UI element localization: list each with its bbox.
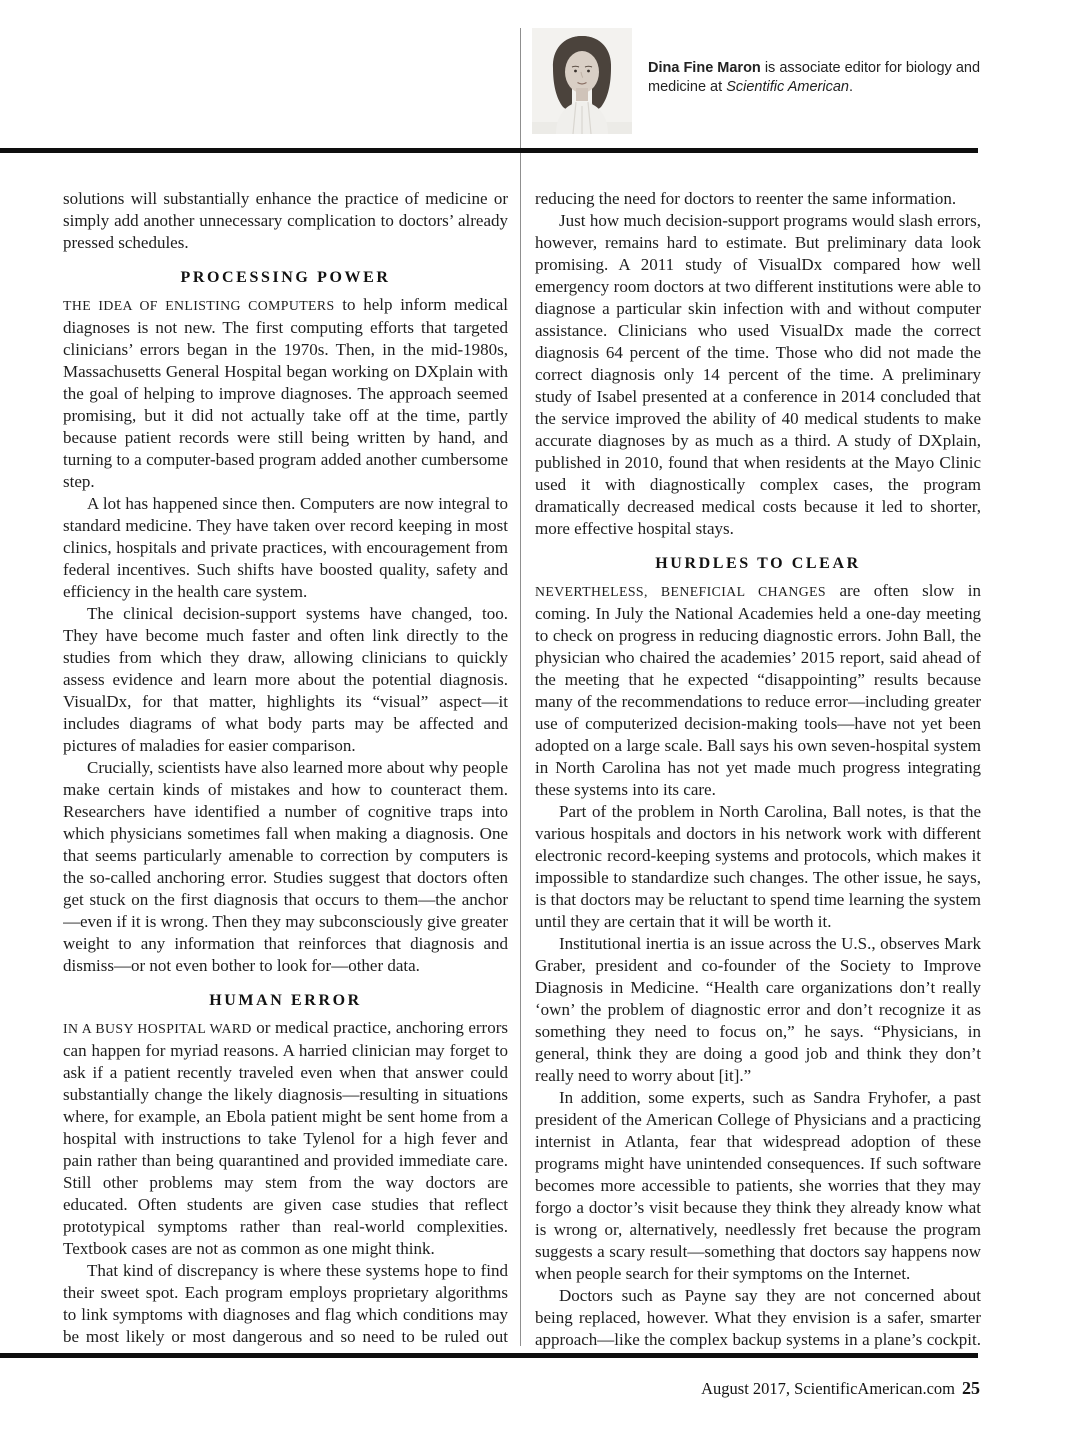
- paragraph: A lot has happened since then. Computers…: [63, 493, 508, 603]
- paragraph: Just how much decision-support programs …: [535, 210, 981, 540]
- paragraph: The clinical decision-support systems ha…: [63, 603, 508, 757]
- paragraph: solutions will substantially enhance the…: [63, 188, 508, 254]
- small-caps-lead: THE IDEA OF ENLISTING COMPUTERS: [63, 298, 335, 313]
- author-name: Dina Fine Maron: [648, 60, 761, 76]
- author-photo: [532, 28, 632, 134]
- paragraph: THE IDEA OF ENLISTING COMPUTERS to help …: [63, 294, 508, 493]
- section-heading-processing-power: PROCESSING POWER: [63, 267, 508, 289]
- magazine-page: Dina Fine Maron is associate editor for …: [0, 0, 1080, 1437]
- paragraph: Part of the problem in North Carolina, B…: [535, 801, 981, 933]
- paragraph-text: or medical practice, anchoring errors ca…: [63, 1018, 508, 1258]
- page-footer: August 2017, ScientificAmerican.com25: [701, 1378, 980, 1399]
- paragraph: Crucially, scientists have also learned …: [63, 757, 508, 977]
- left-column: solutions will substantially enhance the…: [63, 188, 508, 1350]
- paragraph-text: Doctors such as Payne say they are not c…: [535, 1286, 981, 1354]
- author-bio: Dina Fine Maron is associate editor for …: [648, 59, 988, 98]
- paragraph: In addition, some experts, such as Sandr…: [535, 1087, 981, 1285]
- top-rule: [0, 148, 978, 153]
- paragraph: NEVERTHELESS, BENEFICIAL CHANGES are oft…: [535, 580, 981, 801]
- footer-issue-line: August 2017, ScientificAmerican.com: [701, 1379, 955, 1398]
- small-caps-lead: NEVERTHELESS, BENEFICIAL CHANGES: [535, 584, 826, 599]
- paragraph: reducing the need for doctors to reenter…: [535, 188, 981, 210]
- paragraph: IN A BUSY HOSPITAL WARD or medical pract…: [63, 1017, 508, 1260]
- right-column: reducing the need for doctors to reenter…: [535, 188, 981, 1354]
- paragraph: That kind of discrepancy is where these …: [63, 1260, 508, 1350]
- author-portrait-image: [532, 28, 632, 134]
- publication-name: Scientific American: [726, 79, 849, 95]
- section-heading-hurdles-to-clear: HURDLES TO CLEAR: [535, 553, 981, 575]
- author-bio-period: .: [849, 79, 853, 95]
- column-divider-line: [520, 28, 521, 1346]
- page-number: 25: [962, 1378, 980, 1398]
- paragraph-text: are often slow in coming. In July the Na…: [535, 581, 981, 799]
- paragraph-text: to help inform medical diagnoses is not …: [63, 295, 508, 491]
- paragraph: Institutional inertia is an issue across…: [535, 933, 981, 1087]
- section-heading-human-error: HUMAN ERROR: [63, 990, 508, 1012]
- small-caps-lead: IN A BUSY HOSPITAL WARD: [63, 1021, 252, 1036]
- paragraph: Doctors such as Payne say they are not c…: [535, 1285, 981, 1354]
